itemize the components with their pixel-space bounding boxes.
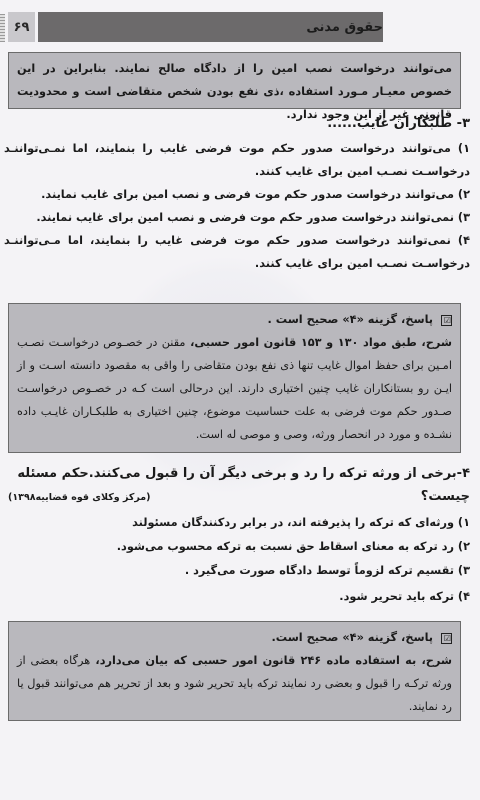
question-3-option-2: ۲) می‌توانند درخواست صدور حکم موت فرضی و… <box>4 183 470 206</box>
explanation-label: شرح، <box>421 336 452 349</box>
checkbox-icon: ☑ <box>441 633 452 644</box>
explanation-citation: طبق مواد ۱۳۰ و ۱۵۳ قانون امور حسبی، <box>190 336 417 349</box>
answer-4-box: ☑ پاسخ، گزینه «۴» صحیح است. شرح، به استف… <box>8 621 461 721</box>
answer-4-text: پاسخ، گزینه «۴» صحیح است. <box>271 631 433 644</box>
answer-3-box: ☑ پاسخ، گزینه «۴» صحیح است . شرح، طبق مو… <box>8 303 461 453</box>
question-4-source: (مرکز وکلای قوه قضاییه۱۳۹۸) <box>8 486 208 509</box>
continuation-box: می‌توانند درخواست نصب امین را از دادگاه … <box>8 52 461 109</box>
question-4-option-1: ۱) ورثه‌ای که ترکه را پذیرفته اند، در بر… <box>30 511 470 534</box>
answer-4-line: ☑ پاسخ، گزینه «۴» صحیح است. <box>17 626 452 649</box>
explanation-citation: به استفاده ماده ۲۴۶ قانون امور حسبی که ب… <box>95 654 416 667</box>
answer-4-explanation: شرح، به استفاده ماده ۲۴۶ قانون امور حسبی… <box>17 649 452 718</box>
scan-edge-marks <box>0 14 5 42</box>
page-header: ۶۹ حقوق مدنی <box>8 12 383 42</box>
header-bar: حقوق مدنی <box>38 12 383 42</box>
page-number: ۶۹ <box>8 12 35 42</box>
checkbox-icon: ☑ <box>441 315 452 326</box>
explanation-label: شرح، <box>421 654 452 667</box>
chapter-title: حقوق مدنی <box>306 20 383 35</box>
question-4-option-2: ۲) رد ترکه به معنای اسقاط حق نسبت به ترک… <box>30 535 470 558</box>
answer-3-explanation: شرح، طبق مواد ۱۳۰ و ۱۵۳ قانون امور حسبی،… <box>17 331 452 446</box>
answer-3-text: پاسخ، گزینه «۴» صحیح است . <box>268 313 434 326</box>
question-3-title: ۳- طلبکاران غایب...... <box>10 112 470 135</box>
question-3-option-3: ۳) نمی‌توانند درخواست صدور حکم موت فرضی … <box>4 206 470 229</box>
question-4-option-4: ۴) ترکه باید تحریر شود. <box>30 585 470 608</box>
explanation-body: مقنن در خصـوص درخواسـت نصـب امـین برای ح… <box>17 336 452 441</box>
book-page: ۶۹ حقوق مدنی می‌توانند درخواست نصب امین … <box>0 0 480 800</box>
question-3-option-1: ۱) می‌توانند درخواست صدور حکم موت فرضی غ… <box>4 137 470 183</box>
question-3-option-4: ۴) نمی‌توانند درخواست صدور حکم موت فرضی … <box>4 229 470 275</box>
question-4-option-3: ۳) تقسیم ترکه لزوماً توسط دادگاه صورت می… <box>30 559 470 582</box>
answer-3-line: ☑ پاسخ، گزینه «۴» صحیح است . <box>17 308 452 331</box>
